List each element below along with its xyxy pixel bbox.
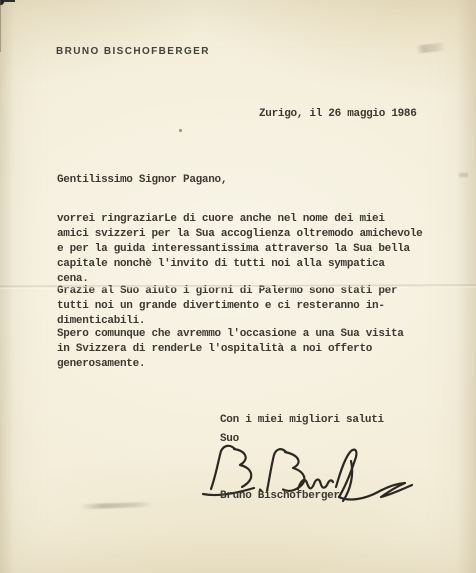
paper-smudge-top-right bbox=[416, 42, 447, 54]
dateline: Zurigo, il 26 maggio 1986 bbox=[259, 107, 417, 122]
letter-line: amici svizzeri per la Sua accoglienza ol… bbox=[57, 227, 422, 242]
salutation: Gentilissimo Signor Pagano, bbox=[57, 173, 227, 188]
paper-mark-right-edge bbox=[459, 173, 468, 177]
paragraph-palermo: Grazie al Suo aiuto i giorni di Palermo … bbox=[57, 284, 397, 329]
letter-line: Spero comunque che avremmo l'occasione a… bbox=[57, 327, 404, 342]
letter-line: e per la guida interessantissima attrave… bbox=[57, 242, 422, 257]
letter-line: in Svizzera di renderLe l'ospitalità a n… bbox=[57, 342, 404, 357]
letter-line: vorrei ringraziarLe di cuore anche nel n… bbox=[57, 212, 422, 227]
paragraph-invitation: Spero comunque che avremmo l'occasione a… bbox=[57, 327, 404, 372]
typed-signature-name: Bruno Bischofberger bbox=[220, 489, 340, 504]
letter-line: capitale nonchè l'invito di tutti noi al… bbox=[57, 257, 422, 272]
paper-speck bbox=[179, 129, 182, 132]
letter-line: generosamente. bbox=[57, 357, 404, 372]
paragraph-thanks: vorrei ringraziarLe di cuore anche nel n… bbox=[57, 212, 422, 287]
letter-line: tutti noi un grande divertimento e ci re… bbox=[57, 299, 397, 314]
scanned-letter: BRUNO BISCHOFBERGER Zurigo, il 26 maggio… bbox=[0, 0, 476, 573]
letterhead: BRUNO BISCHOFBERGER bbox=[56, 46, 210, 57]
fold-crease bbox=[0, 284, 476, 288]
pencil-smudge-bottom-left bbox=[80, 502, 154, 510]
closing-salute: Con i miei migliori saluti bbox=[220, 413, 384, 428]
letter-paper: BRUNO BISCHOFBERGER Zurigo, il 26 maggio… bbox=[0, 0, 476, 573]
scan-left-edge-line bbox=[0, 0, 1, 52]
